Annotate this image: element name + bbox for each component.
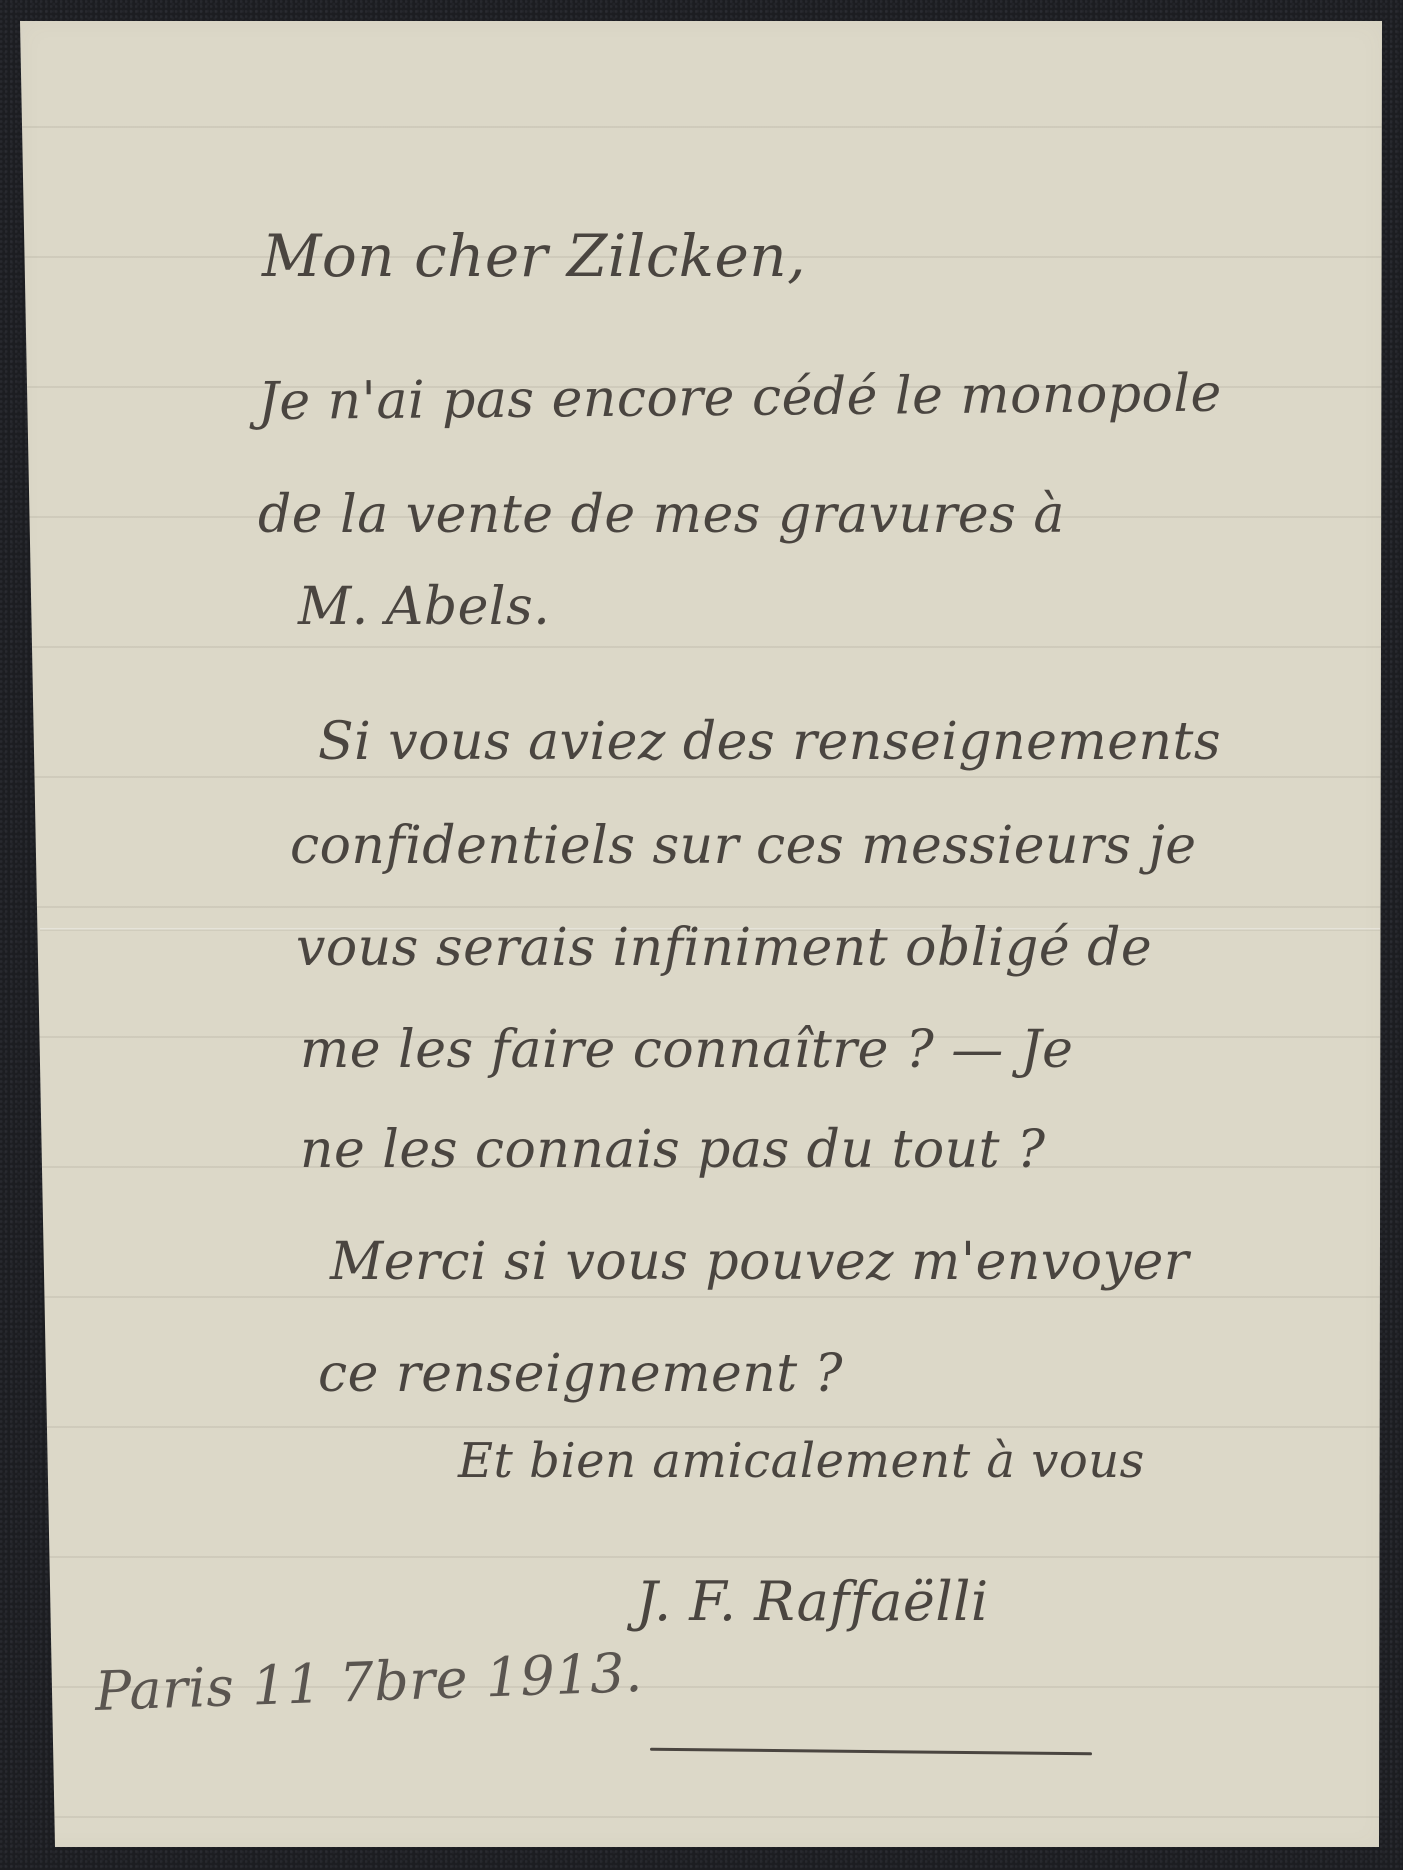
signature: J. F. Raffaëlli	[636, 1570, 989, 1633]
body-line-5: confidentiels sur ces messieurs je	[290, 816, 1196, 876]
body-line-1: Je n'ai pas encore cédé le monopole	[258, 364, 1222, 432]
body-line-4: Si vous aviez des renseignements	[318, 712, 1221, 772]
body-line-3: M. Abels.	[298, 577, 550, 637]
body-line-9: Merci si vous pouvez m'envoyer	[330, 1232, 1189, 1292]
body-line-10: ce renseignement ?	[318, 1344, 843, 1404]
body-line-6: vous serais infiniment obligé de	[296, 918, 1152, 978]
body-line-8: ne les connais pas du tout ?	[300, 1120, 1045, 1180]
salutation: Mon cher Zilcken,	[262, 222, 806, 290]
body-line-7: me les faire connaître ? — Je	[300, 1020, 1073, 1080]
body-line-2: de la vente de mes gravures à	[258, 485, 1065, 545]
closing: Et bien amicalement à vous	[458, 1433, 1145, 1489]
